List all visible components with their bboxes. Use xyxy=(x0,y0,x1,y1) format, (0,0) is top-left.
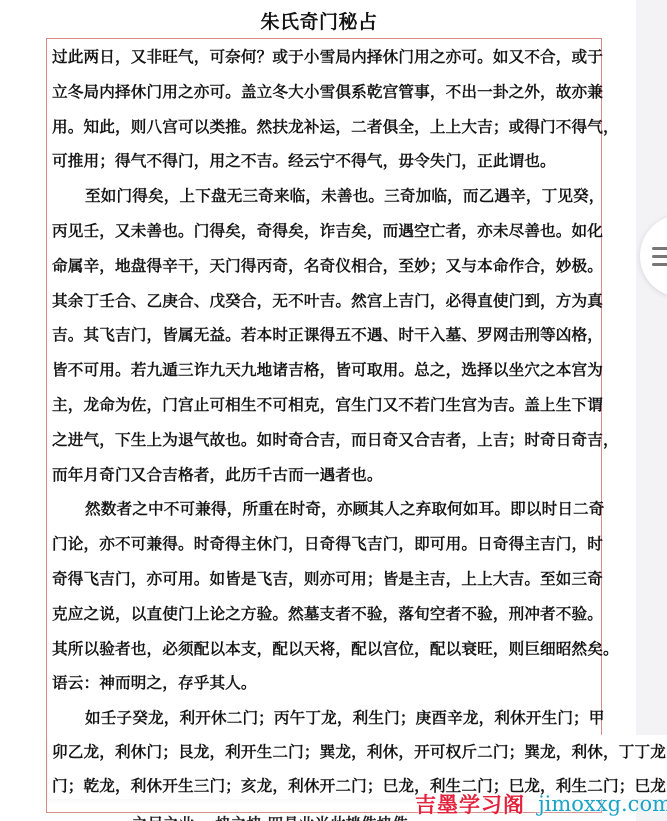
document-body: 过此两日，又非旺气，可奈何？或于小雪局内择休门用之亦可。如又不合，或于 立冬局内… xyxy=(52,40,600,736)
text-line: 其所以验者也，必须配以本支，配以天将，配以宫位，配以衰旺，则巨细昭然矣。 xyxy=(52,632,600,667)
text-line: 吉。其飞吉门，皆属无益。若本时正课得五不遇、时干入墓、罗网击刑等凶格， xyxy=(52,318,600,353)
text-line: 门论，亦不可兼得。时奇得主休门，日奇得飞吉门，即可用。日奇得主吉门，时 xyxy=(52,527,600,562)
text-line: 奇得飞吉门，亦可用。如皆是飞吉，则亦可用；皆是主吉，上上大吉。至如三奇 xyxy=(52,562,600,597)
text-line: 丙见壬，又未善也。门得矣，奇得矣，诈吉矣，而遇空亡者，亦未尽善也。如化 xyxy=(52,214,600,249)
text-line: 皆不可用。若九遁三诈九天九地诸吉格，皆可取用。总之，选择以坐穴之本宫为 xyxy=(52,353,600,388)
text-line: 语云：神而明之，存乎其人。 xyxy=(52,666,600,701)
side-scroll-strip xyxy=(636,0,667,821)
text-line: 立冬局内择休门用之亦可。盖立冬大小雪俱系乾宫管事，不出一卦之外，故亦兼 xyxy=(52,75,600,110)
watermark: 吉墨学习阁 jimoxxg.com xyxy=(415,789,667,815)
text-line: 然数者之中不可兼得，所重在时奇，亦顾其人之弃取何如耳。即以时日二奇 xyxy=(52,492,600,527)
text-line: 主，龙命为佐，门宫止可相生不可相克，宫生门又不若门生宫为吉。盖上生下谓 xyxy=(52,388,600,423)
text-line: 用。知此，则八宫可以类推。然扶龙补运，二者俱全，上上大吉；或得门不得气， xyxy=(52,110,600,145)
text-line: 克应之说，以直使门上论之方验。然墓支者不验，落旬空者不验，刑冲者不验。 xyxy=(52,597,600,632)
text-line: 命属辛，地盘得辛干，天门得丙奇，名奇仪相合，至妙；又与本命作合，妙极。 xyxy=(52,249,600,284)
text-line: 之进气，下生上为退气故也。如时奇合吉，而日奇又合吉者，上吉；时奇日奇吉， xyxy=(52,423,600,458)
text-line: 可推用；得气不得门，用之不吉。经云宁不得气，毋令失门，正此谓也。 xyxy=(52,144,600,179)
page-title: 朱氏奇门秘占 xyxy=(0,7,638,34)
text-line: 如壬子癸龙，利开休二门；丙午丁龙，利生门；庚酉辛龙，利休开生门；甲 xyxy=(52,701,600,736)
text-line: 过此两日，又非旺气，可奈何？或于小雪局内择休门用之亦可。如又不合，或于 xyxy=(52,40,600,75)
text-line: 而年月奇门又合吉格者，此历千古而一遇者也。 xyxy=(52,458,600,493)
text-line: 其余丁壬合、乙庚合、戊癸合，无不叶吉。然宫上吉门，必得直使门到，方为真 xyxy=(52,284,600,319)
text-line: 至如门得矣，上下盘无三奇来临，未善也。三奇加临，而乙遇辛，丁见癸， xyxy=(52,179,600,214)
watermark-cn: 吉墨学习阁 xyxy=(415,789,525,819)
watermark-url: jimoxxg.com xyxy=(538,792,667,816)
text-line: 卯乙龙，利休门；艮龙，利开生二门；巽龙，利休，开可权斤二门；巽龙，利休，丁丁龙， xyxy=(52,735,667,769)
